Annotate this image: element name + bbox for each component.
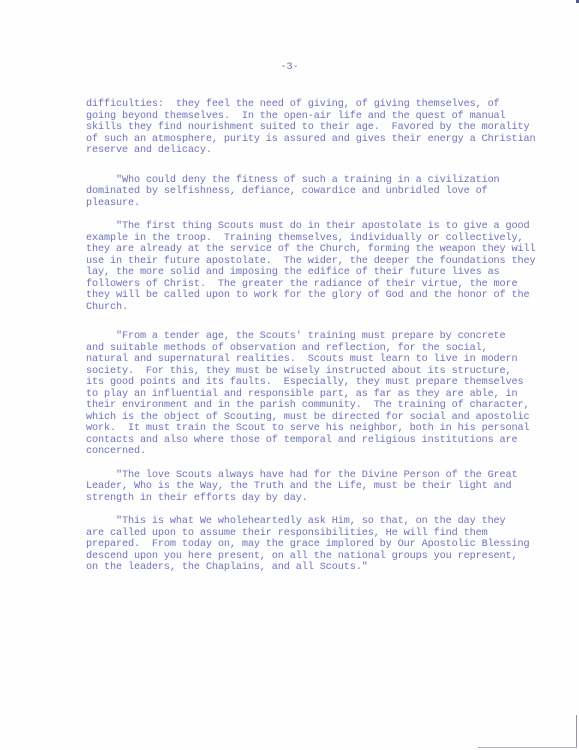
document-body: difficulties: they feel the need of givi… (86, 99, 556, 574)
paragraph-tender-age: "From a tender age, the Scouts' training… (86, 331, 556, 458)
text-line: are called upon to assume their responsi… (86, 528, 556, 540)
text-line: work. It must train the Scout to serve h… (86, 423, 556, 435)
text-line: use in their future apostolate. The wide… (86, 256, 556, 268)
text-line: to play an influential and responsible p… (86, 389, 556, 401)
paragraph-love-scouts: "The love Scouts always have had for the… (86, 470, 556, 505)
text-line: "The love Scouts always have had for the… (86, 470, 556, 482)
text-line: skills they find nourishment suited to t… (86, 122, 556, 134)
text-line: dominated by selfishness, defiance, cowa… (86, 186, 556, 198)
text-line: difficulties: they feel the need of givi… (86, 99, 556, 111)
paragraph-closing-blessing: "This is what We wholeheartedly ask Him,… (86, 516, 556, 574)
text-line: on the leaders, the Chaplains, and all S… (86, 562, 556, 574)
page-edge-line (478, 747, 577, 748)
text-line: contacts and also where those of tempora… (86, 435, 556, 447)
text-line: "The first thing Scouts must do in their… (86, 221, 556, 233)
text-line: lay, the more solid and imposing the edi… (86, 267, 556, 279)
text-line: which is the object of Scouting, must be… (86, 412, 556, 424)
page-number: -3- (0, 62, 579, 73)
text-line: Church. (86, 302, 556, 314)
text-line: concerned. (86, 446, 556, 458)
page-edge-line (576, 715, 577, 747)
text-line: "Who could deny the fitness of such a tr… (86, 175, 556, 187)
text-line: and suitable methods of observation and … (86, 343, 556, 355)
text-line: "From a tender age, the Scouts' training… (86, 331, 556, 343)
paragraph-difficulties: difficulties: they feel the need of givi… (86, 99, 556, 157)
text-line: natural and supernatural realities. Scou… (86, 354, 556, 366)
text-line: prepared. From today on, may the grace i… (86, 539, 556, 551)
text-line: strength in their efforts day by day. (86, 493, 556, 505)
text-line: their environment and in the parish comm… (86, 400, 556, 412)
text-line: followers of Christ. The greater the rad… (86, 279, 556, 291)
paragraph-who-could-deny: "Who could deny the fitness of such a tr… (86, 175, 556, 210)
text-line: they are already at the service of the C… (86, 244, 556, 256)
text-line: descend upon you here present, on all th… (86, 551, 556, 563)
text-line: pleasure. (86, 198, 556, 210)
text-line: example in the troop. Training themselve… (86, 233, 556, 245)
text-line: reserve and delicacy. (86, 145, 556, 157)
text-line: "This is what We wholeheartedly ask Him,… (86, 516, 556, 528)
text-line: they will be called upon to work for the… (86, 290, 556, 302)
paragraph-first-thing: "The first thing Scouts must do in their… (86, 221, 556, 313)
document-page: -3- difficulties: they feel the need of … (0, 0, 579, 750)
text-line: Leader, Who is the Way, the Truth and th… (86, 481, 556, 493)
text-line: its good points and its faults. Especial… (86, 377, 556, 389)
text-line: society. For this, they must be wisely i… (86, 366, 556, 378)
text-line: of such an atmosphere, purity is assured… (86, 134, 556, 146)
text-line: going beyond themselves. In the open-air… (86, 111, 556, 123)
